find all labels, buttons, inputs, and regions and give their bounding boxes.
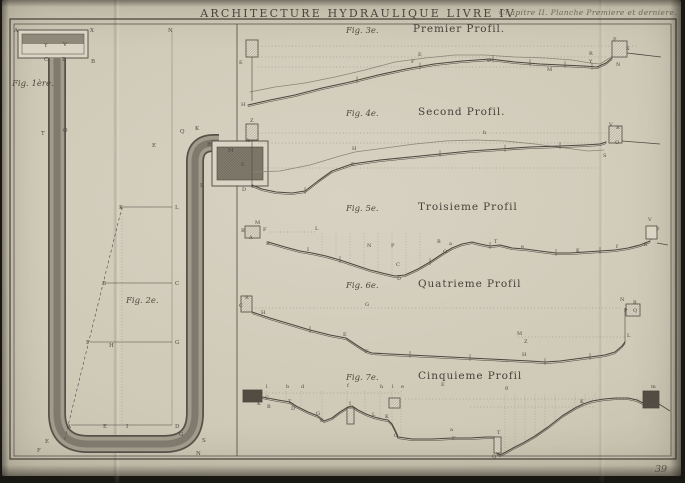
profile-letter: D bbox=[242, 187, 246, 193]
canal-line-lower bbox=[268, 243, 650, 278]
engraving-plate: AXYVCDBNTOQKERMLKLBCFHGAEIDEFGSNEHFEDMYR… bbox=[0, 0, 685, 483]
profile-letter: a bbox=[449, 241, 452, 247]
profile-letter: E bbox=[266, 241, 270, 247]
profile-letter: C bbox=[265, 395, 269, 401]
profile-letter: O bbox=[394, 433, 398, 439]
profile-letter: N bbox=[620, 297, 625, 303]
profile-letter: F bbox=[365, 349, 369, 355]
plan-letter: C bbox=[44, 57, 48, 63]
profile-letter: E bbox=[418, 52, 422, 58]
canal-tail-line bbox=[659, 404, 670, 411]
profile-letter: N bbox=[616, 62, 621, 68]
plate-border-inner bbox=[14, 24, 671, 456]
plan-letter: F bbox=[86, 340, 90, 346]
profile-2-title: Second Profil. bbox=[418, 106, 505, 118]
profile-letter: P bbox=[656, 227, 660, 233]
profile-letter: K bbox=[580, 399, 584, 405]
chapter-heading: Chapitre II. Planche Premiere et dernier… bbox=[499, 8, 677, 17]
plan-letter: T bbox=[41, 131, 45, 137]
plan-letter: X bbox=[90, 28, 94, 34]
engraving-canvas: AXYVCDBNTOQKERMLKLBCFHGAEIDEFGSNEHFEDMYR… bbox=[0, 0, 685, 483]
profile-letter: h bbox=[644, 242, 648, 248]
profile-letter: D bbox=[487, 58, 491, 64]
canal-tail-line bbox=[627, 53, 661, 57]
plan-letter: N bbox=[168, 28, 173, 34]
page-number: 39 bbox=[655, 464, 667, 475]
profile-letter: b bbox=[286, 384, 289, 390]
plate-title: ARCHITECTURE HYDRAULIQUE LIVRE IV. bbox=[200, 7, 519, 20]
fig7-label: Fig. 7e. bbox=[346, 373, 379, 383]
profile-letter: l bbox=[392, 384, 394, 390]
profile-letter: E bbox=[441, 382, 445, 388]
profile-letter: P bbox=[391, 243, 395, 249]
profile-letter: B bbox=[241, 228, 245, 234]
fig5-label: Fig. 5e. bbox=[346, 204, 379, 214]
profile-letter: B bbox=[437, 239, 441, 245]
plan-letter: Y bbox=[43, 43, 48, 49]
profile-letter: T bbox=[497, 430, 501, 436]
profile-letter: d bbox=[301, 384, 305, 390]
profile-letter: H bbox=[522, 352, 527, 358]
profile-letter: Z bbox=[524, 339, 528, 345]
profile-letter: e bbox=[521, 244, 524, 250]
profile-letter: E bbox=[241, 162, 245, 168]
profile-letter: R bbox=[245, 295, 249, 301]
canal-line bbox=[252, 142, 606, 193]
profile-letter: A bbox=[248, 235, 253, 241]
plan-letter: K bbox=[119, 205, 124, 211]
plan-letter: K bbox=[195, 126, 200, 132]
structure-box bbox=[494, 437, 501, 453]
canal-line bbox=[248, 58, 612, 105]
fig2-diagonal-dashed bbox=[64, 207, 122, 442]
profile-letter: a bbox=[450, 427, 453, 433]
profile-letter: G bbox=[316, 411, 320, 417]
plan-letter: L bbox=[175, 205, 179, 211]
profile-letter: Y bbox=[588, 59, 593, 65]
profile-letter: R bbox=[616, 125, 620, 131]
terrain-line bbox=[252, 140, 604, 172]
profile-letter: L bbox=[627, 333, 631, 339]
profile-letter: K bbox=[576, 248, 580, 254]
profile-letter: O bbox=[443, 249, 447, 255]
plan-letter: E bbox=[103, 424, 107, 430]
profile-letter: L bbox=[315, 226, 319, 232]
plan-letter: C bbox=[175, 281, 179, 287]
plan-letter: B bbox=[91, 59, 95, 65]
plan-letter: F bbox=[37, 448, 41, 454]
profile-letter: A bbox=[245, 138, 250, 144]
profile-letter: M bbox=[255, 220, 260, 226]
profile-letter: H bbox=[241, 102, 246, 108]
profile-letter: E bbox=[239, 60, 243, 66]
canal-tail-line bbox=[657, 243, 668, 245]
plan-letter: E bbox=[45, 439, 49, 445]
canal-line bbox=[262, 397, 651, 455]
profile-letter: D bbox=[397, 276, 401, 282]
profile-letter: N bbox=[367, 243, 372, 249]
profile-letter: g bbox=[505, 385, 509, 391]
profile-letter: M bbox=[547, 67, 552, 73]
canal-line bbox=[268, 241, 650, 276]
profile-letter: V bbox=[608, 122, 613, 128]
profile-letter: M bbox=[517, 331, 522, 337]
profile-letter: R bbox=[589, 51, 593, 57]
profile-letter: R bbox=[633, 300, 637, 306]
canal-tail-line bbox=[622, 141, 660, 144]
plan-letter: B bbox=[102, 281, 106, 287]
profile-letter: K bbox=[257, 401, 261, 407]
profile-letter: C bbox=[396, 262, 400, 268]
plan-letter: Q bbox=[180, 129, 185, 135]
plan-letter: G bbox=[175, 340, 179, 346]
plan-letter: D bbox=[175, 424, 180, 430]
profile-letter: G bbox=[365, 302, 369, 308]
fig4-label: Fig. 4e. bbox=[346, 109, 379, 119]
profile-letter: F bbox=[320, 418, 324, 424]
profile-letter: m bbox=[651, 384, 656, 390]
canal-line-lower bbox=[252, 144, 606, 195]
fig1-label: Fig. 1ère. bbox=[12, 79, 54, 89]
profile-letter: V bbox=[647, 217, 652, 223]
plan-letter: I bbox=[126, 424, 128, 430]
profile-letter: f bbox=[347, 383, 350, 389]
profile-3-title: Troisieme Profil bbox=[418, 201, 518, 213]
profile-letter: X bbox=[626, 46, 630, 52]
profile-letter: F bbox=[411, 59, 415, 65]
profile-letter: Q bbox=[633, 308, 637, 314]
profile-letter: C bbox=[239, 303, 243, 309]
plan-letter: G bbox=[179, 432, 183, 438]
profile-letter: F bbox=[263, 227, 267, 233]
plan-letter: N bbox=[196, 451, 201, 457]
profile-letter: E bbox=[343, 332, 347, 338]
plan-letter: E bbox=[152, 143, 156, 149]
profile-letter: I bbox=[349, 401, 351, 407]
plan-letter: L bbox=[200, 183, 204, 189]
profile-letter: O bbox=[615, 140, 619, 146]
profile-letter: H bbox=[261, 310, 266, 316]
profile-letter: F bbox=[452, 436, 456, 442]
fig3-label: Fig. 3e. bbox=[346, 26, 379, 36]
plan-letter: H bbox=[109, 343, 114, 349]
fig6-label: Fig. 6e. bbox=[346, 281, 379, 291]
profile-letter: T bbox=[494, 239, 498, 245]
profile-5-title: Cinquieme Profil bbox=[418, 370, 522, 382]
profile-letter: I bbox=[307, 247, 309, 253]
profile-letter: K bbox=[385, 414, 389, 420]
profile-letter: Q bbox=[492, 454, 496, 460]
plan-letter: S bbox=[202, 438, 206, 444]
profile-letter: Z bbox=[250, 118, 254, 124]
profile-letter: e bbox=[401, 384, 404, 390]
profile-letter: Z bbox=[648, 398, 652, 404]
profile-letter: l bbox=[266, 384, 268, 390]
profile-1-title: Premier Profil. bbox=[413, 23, 505, 35]
profile-letter: D bbox=[291, 406, 295, 412]
canal-line-lower bbox=[262, 399, 651, 457]
profile-letter: H bbox=[352, 146, 357, 152]
structure-box bbox=[347, 408, 354, 424]
terrain-line bbox=[250, 55, 613, 92]
profile-letter: E bbox=[351, 162, 355, 168]
profile-letter: T bbox=[288, 399, 292, 405]
fig1-channel bbox=[57, 58, 219, 444]
profile-letter: B bbox=[267, 404, 271, 410]
profile-letter: h bbox=[380, 384, 384, 390]
plan-letter: O bbox=[63, 128, 68, 134]
plan-letter: M bbox=[228, 148, 234, 154]
profile-letter: S bbox=[603, 153, 607, 159]
plan-letter: D bbox=[62, 57, 67, 63]
fig2-label: Fig. 2e. bbox=[126, 296, 159, 306]
profile-4-title: Quatrieme Profil bbox=[418, 278, 521, 290]
